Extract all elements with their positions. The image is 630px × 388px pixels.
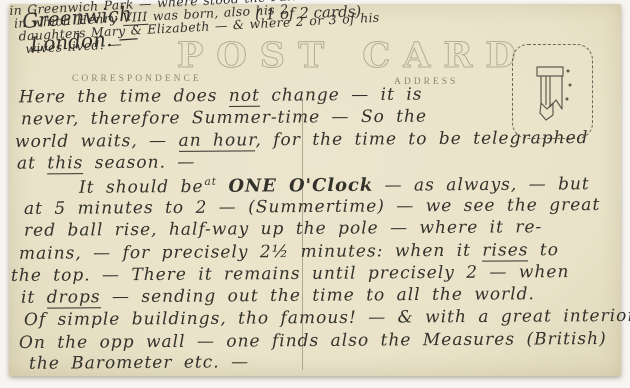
handwritten-line: mains, — for precisely 2½ minutes: when …	[19, 240, 559, 264]
handwritten-line: it drops — sending out the time to all t…	[21, 284, 535, 308]
handwritten-segment: to	[528, 240, 559, 260]
handwritten-segment	[217, 177, 229, 197]
handwritten-line: the top. — There it remains until precis…	[11, 262, 570, 286]
handwritten-line: red ball rise, half-way up the pole — wh…	[24, 217, 542, 241]
handwritten-line: It should beat ONE O'Clock — as always, …	[79, 173, 590, 198]
handwritten-line: world waits, — an hour, for the time to …	[15, 128, 589, 152]
handwritten-segment: red ball rise, half-way up the pole — wh…	[24, 217, 542, 241]
handwritten-segment: world waits, —	[15, 131, 179, 152]
handwritten-segment: Here the time does	[19, 86, 229, 107]
handwritten-segment: rises	[482, 240, 528, 261]
handwritten-segment: , for the time to be telegraphed	[255, 128, 588, 150]
handwritten-segment: the top. — There it remains until precis…	[11, 262, 570, 286]
handwritten-segment: On the opp wall — one finds also the Mea…	[19, 329, 607, 353]
handwritten-segment: Of simple buildings, tho famous! — & wit…	[24, 306, 630, 330]
handwritten-segment: at 5 minutes to 2 — (Summertime) — we se…	[24, 195, 600, 219]
handwritten-segment: not	[229, 86, 260, 107]
handwritten-line: Of simple buildings, tho famous! — & wit…	[24, 306, 630, 330]
handwritten-segment: — as always, — but	[373, 174, 590, 196]
handwritten-line: Here the time does not change — it is	[19, 85, 423, 108]
handwritten-segment: change — it is	[260, 85, 423, 106]
handwritten-message: Here the time does not change — it isnev…	[9, 4, 621, 376]
handwritten-segment: the Barometer etc. —	[29, 352, 249, 374]
handwritten-segment: at	[17, 153, 48, 173]
handwritten-segment: this	[47, 153, 83, 174]
handwritten-segment: It should be	[79, 177, 204, 198]
handwritten-line: the Barometer etc. —	[29, 352, 249, 374]
handwritten-line: at 5 minutes to 2 — (Summertime) — we se…	[24, 195, 600, 219]
postcard: POST CARD Greenwich London. — ( 1 of 2 c…	[9, 4, 621, 376]
handwritten-segment: mains, — for precisely 2½ minutes: when …	[19, 241, 483, 264]
handwritten-line: never, therefore Summer-time — So the	[21, 107, 427, 130]
handwritten-line: On the opp wall — one finds also the Mea…	[19, 329, 607, 353]
handwritten-segment: season. —	[83, 152, 195, 173]
handwritten-segment: ONE O'Clock	[228, 175, 373, 197]
handwritten-segment: drops	[47, 287, 101, 308]
handwritten-segment: never, therefore Summer-time — So the	[21, 107, 427, 130]
handwritten-segment: — sending out the time to all the world.	[100, 284, 535, 307]
handwritten-line: at this season. —	[17, 152, 196, 173]
handwritten-segment: an hour	[178, 130, 255, 152]
handwritten-segment: it	[21, 288, 47, 308]
handwritten-segment: at	[204, 176, 217, 188]
